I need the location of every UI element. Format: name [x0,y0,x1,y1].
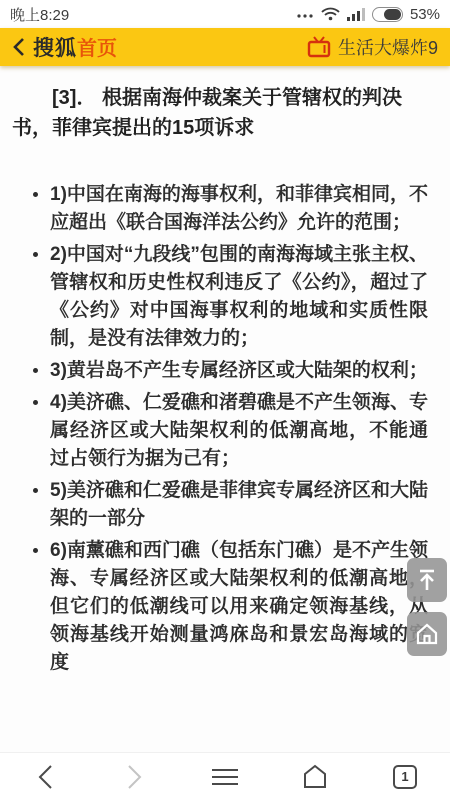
clock: 晚上8:29 [10,4,69,25]
nav-back-button[interactable] [0,753,90,800]
browser-bottom-nav: 1 [0,752,450,800]
cellular-signal-icon [347,7,365,21]
menu-icon [211,767,239,787]
nav-back-icon [37,764,53,790]
nav-forward-button[interactable] [90,753,180,800]
home-icon [415,622,439,646]
claim-item-1: 1)中国在南海的海事权利，和菲律宾相同，不应超出《联合国海洋法公约》允许的范围； [50,181,428,237]
claim-item-5: 5)美济礁和仁爱礁是菲律宾专属经济区和大陆架的一部分 [50,477,428,533]
promo-label: 生活大爆炸9 [338,34,438,60]
page: 晚上8:29 53% [0,0,450,800]
back-to-sohu-home[interactable]: 搜狐首页 [12,32,117,62]
tv-icon [307,36,331,58]
nav-menu-button[interactable] [180,753,270,800]
back-chevron-icon [12,37,25,57]
battery-icon [372,7,403,22]
nav-forward-icon [127,764,143,790]
claim-item-2: 2)中国对“九段线”包围的南海海域主张主权、管辖权和历史性权利违反了《公约》，超… [50,241,428,353]
more-notifications-icon [296,7,314,21]
tab-count-badge: 1 [393,765,417,789]
nav-tabs-button[interactable]: 1 [360,753,450,800]
nav-home-button[interactable] [270,753,360,800]
app-header: 搜狐首页 生活大爆炸9 [0,28,450,66]
sohu-brand-label: 搜狐 [33,37,77,60]
article-heading: [3]． 根据南海仲裁案关于管辖权的判决书，菲律宾提出的15项诉求 [12,83,440,143]
float-home-button[interactable] [407,612,447,656]
wifi-icon [321,7,340,21]
claims-list: 1)中国在南海的海事权利，和菲律宾相同，不应超出《联合国海洋法公约》允许的范围；… [0,181,450,677]
home-link-label: 首页 [77,38,117,60]
battery-percent: 53% [410,6,440,23]
article-content: [3]． 根据南海仲裁案关于管辖权的判决书，菲律宾提出的15项诉求 1)中国在南… [0,66,450,677]
status-bar: 晚上8:29 53% [0,0,450,28]
claim-item-4: 4)美济礁、仁爱礁和渚碧礁是不产生领海、专属经济区或大陆架权利的低潮高地，不能通… [50,389,428,473]
claim-item-6: 6)南薰礁和西门礁（包括东门礁）是不产生领海、专属经济区或大陆架权利的低潮高地，… [50,537,428,677]
promo-link[interactable]: 生活大爆炸9 [307,34,438,60]
back-to-top-button[interactable] [407,558,447,602]
nav-home-icon [302,764,328,789]
arrow-up-to-top-icon [416,568,438,592]
claim-item-3: 3)黄岩岛不产生专属经济区或大陆架的权利； [50,357,428,385]
